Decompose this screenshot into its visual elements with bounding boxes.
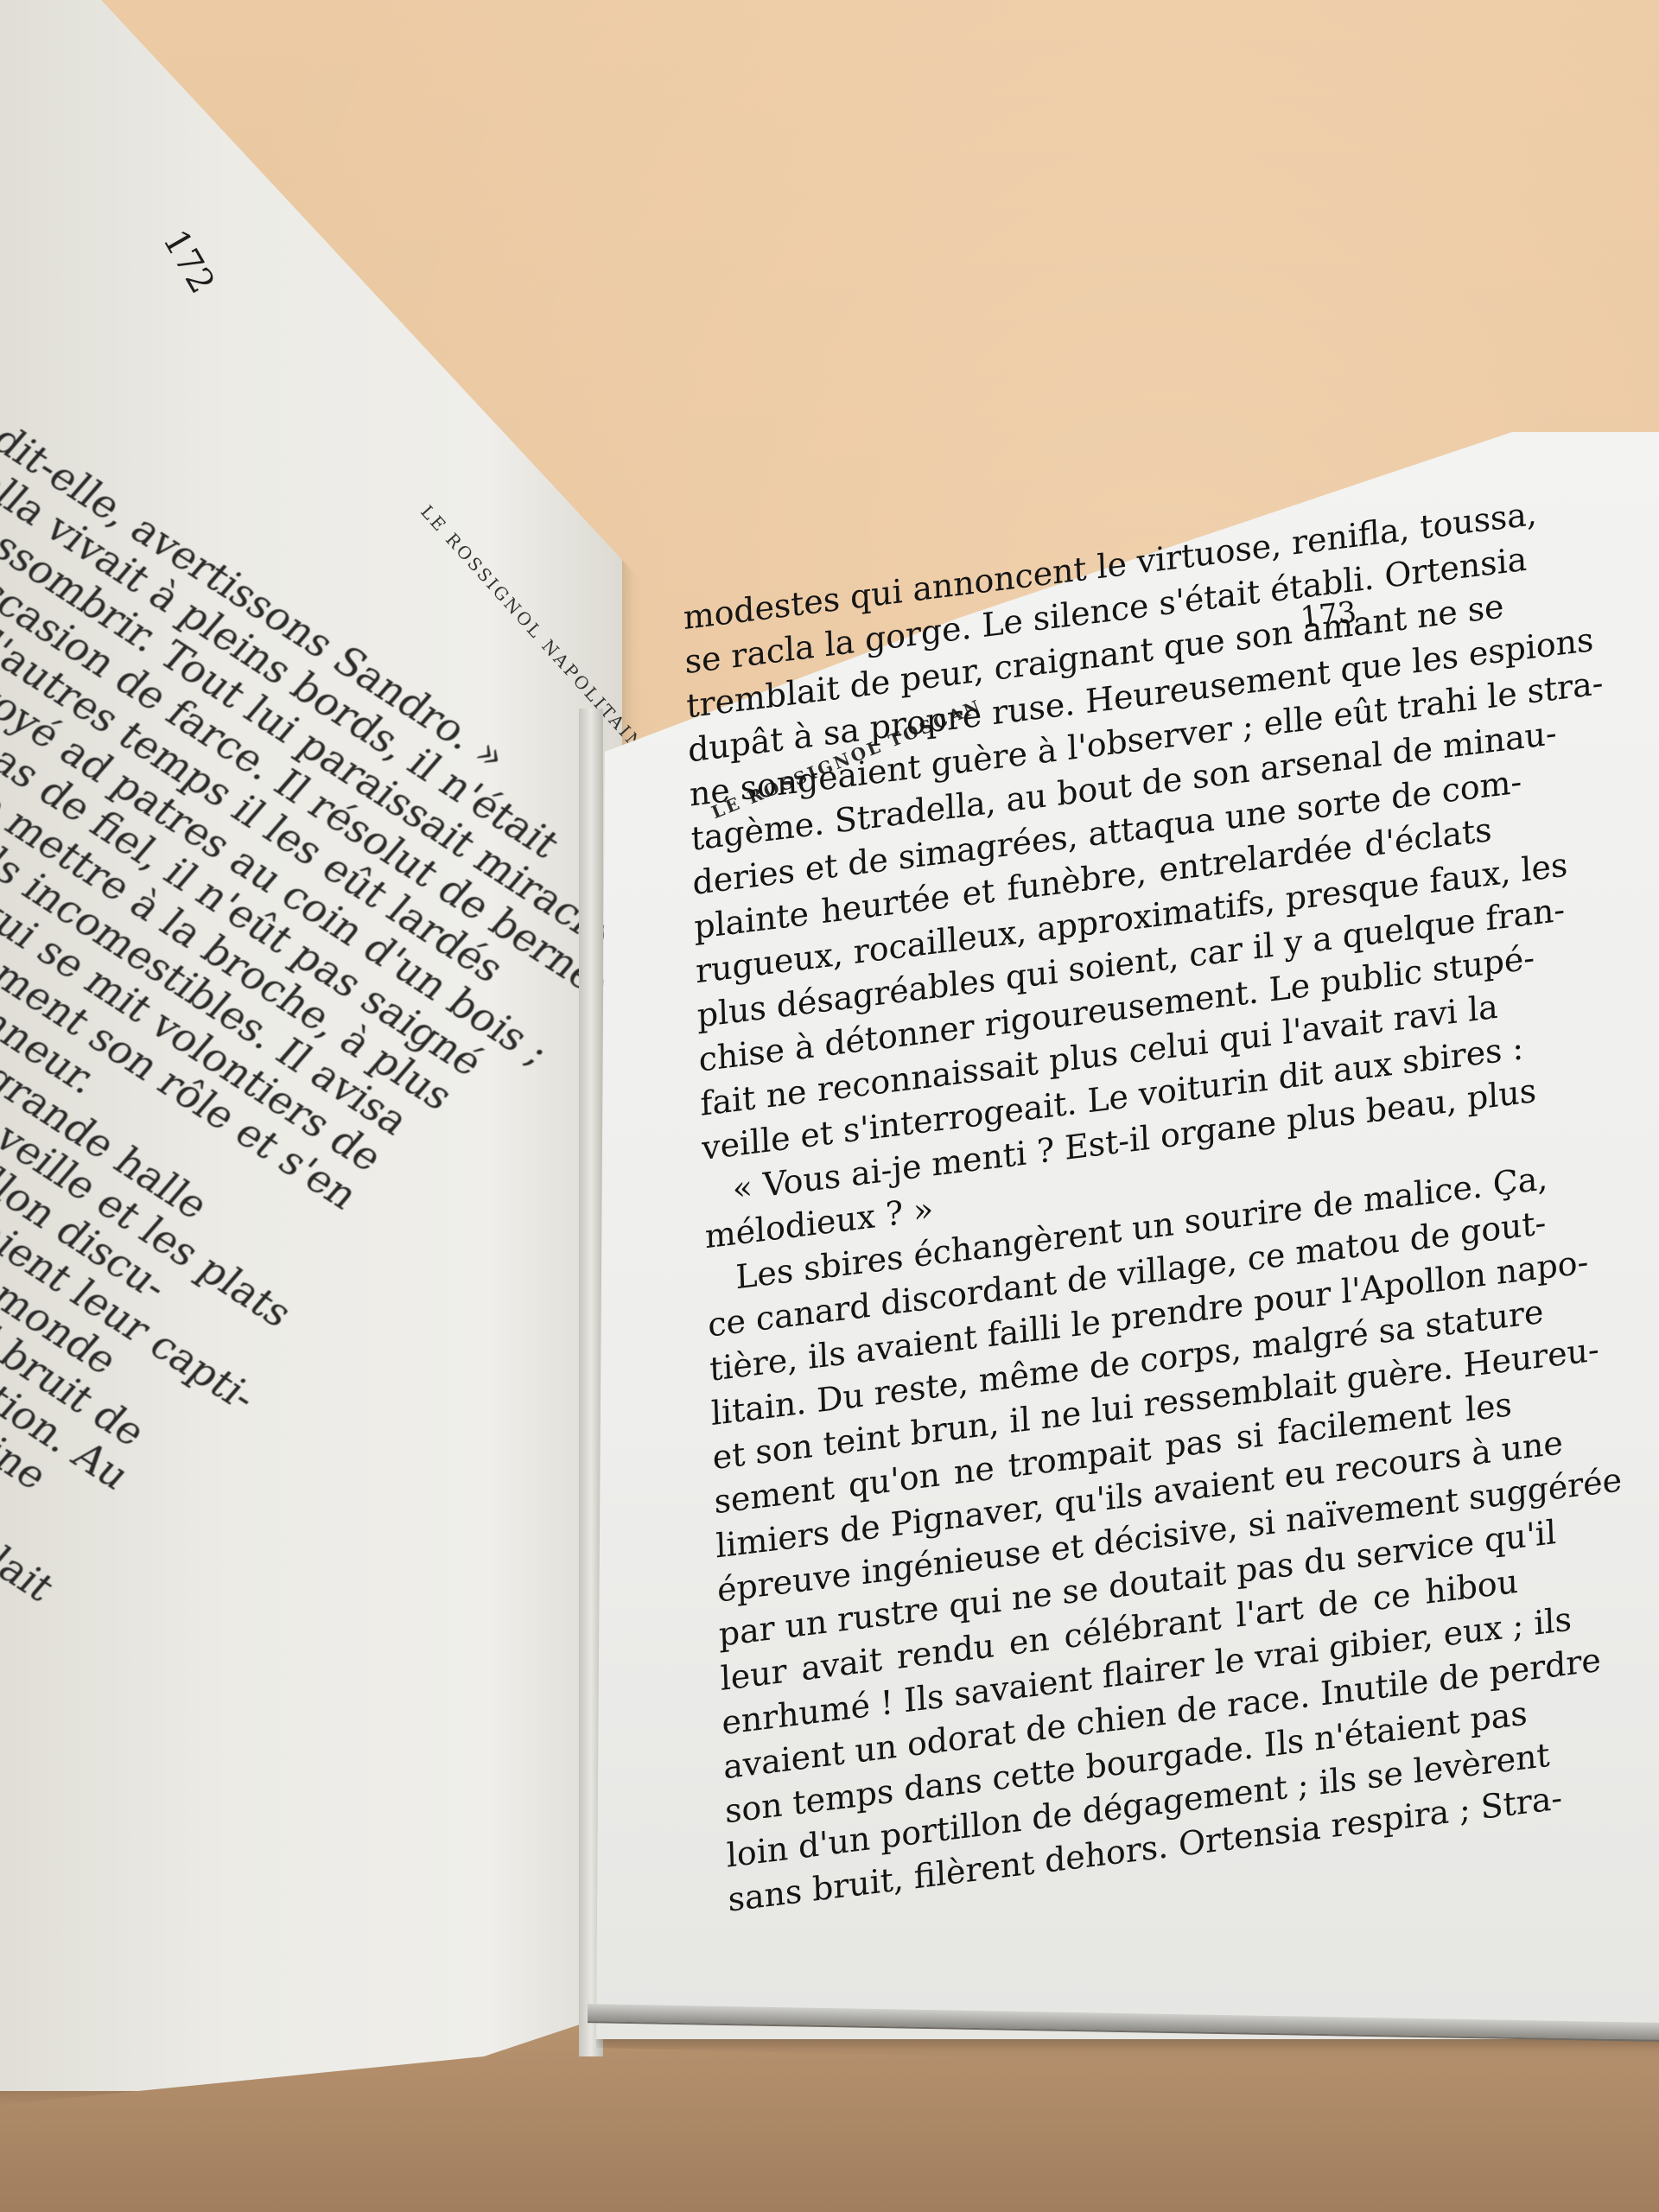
right-page-body: modestes qui annoncent le virtuose, reni… [683, 482, 1656, 1923]
